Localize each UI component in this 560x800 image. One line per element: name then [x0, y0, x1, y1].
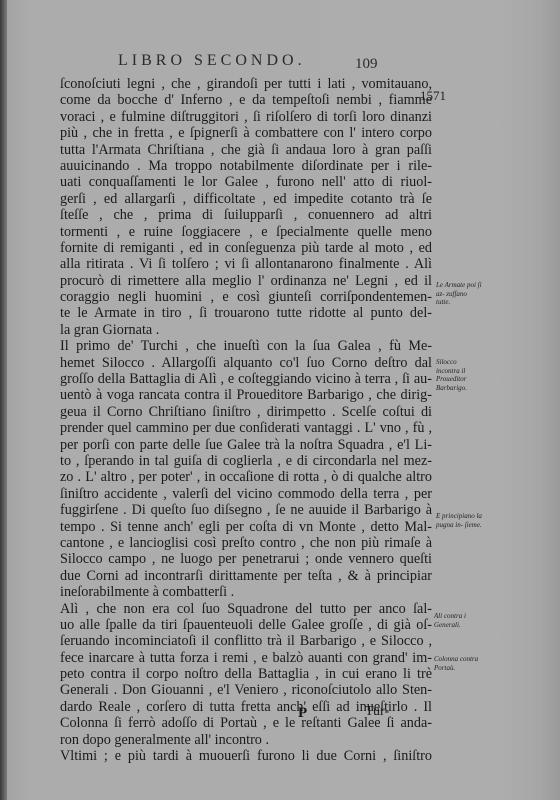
text-line: te le Armate in tiro , ſi trouarono tutt…	[60, 305, 432, 321]
text-line: tormenti , e ruine ſoggiacere , e ſpecia…	[60, 224, 432, 240]
page-number: 109	[355, 56, 378, 73]
text-line: peto contra il corpo noſtro della Battag…	[60, 666, 432, 682]
text-line: tutta l'Armata Chriſtiana , che già ſi a…	[60, 142, 432, 158]
text-line: Vltimi ; e più tardi à muouerſi furono l…	[60, 748, 432, 764]
margin-note: Silocco incontra il Proueditor Barbarigo…	[436, 358, 482, 392]
text-line: tempo . Si tenne anch' egli per coſta di…	[60, 519, 432, 535]
text-line: prender quel cammino per due conſiderati…	[60, 420, 432, 436]
text-line: uentò à voga rancata contra il Prouedito…	[60, 387, 432, 403]
text-line: ron dopo generalmente all' incontro .	[60, 732, 432, 748]
text-line: due Corni ad incontrarſi dirittamente pe…	[60, 568, 432, 584]
text-line: procurò di rimettere alla meglio l' ordi…	[60, 273, 432, 289]
text-line: fornite di remiganti , ed in conſeguenza…	[60, 240, 432, 256]
text-line: hemet Silocco . Allargoſſi alquanto co'l…	[60, 355, 432, 371]
text-line: groſſo della Battaglia di Alì , e coſteg…	[60, 371, 432, 387]
catchword: Tur-	[365, 704, 389, 720]
text-line: to , ſperando in tal guiſa di coglierla …	[60, 453, 432, 469]
margin-note: E principiano la pugna in- ſieme.	[436, 512, 482, 529]
text-line: coraggio negli huomini , e così giunteſi…	[60, 289, 432, 305]
body-text: ſconoſciuti legni , che , girandoſi per …	[60, 76, 432, 764]
signature-mark: P	[298, 705, 307, 722]
text-line: uo alle ſpalle da tiri ſpauenteuoli dell…	[60, 617, 432, 633]
text-line: per porſi con parte delle ſue Galee trà …	[60, 437, 432, 453]
margin-note: Alì contra i Generali.	[434, 612, 480, 629]
text-line: Il primo de' Turchi , che inueſtì con la…	[60, 338, 432, 354]
margin-note: Colonna contra Portaù.	[434, 655, 480, 672]
text-line: zo . L' altro , per poter' , in occaſion…	[60, 469, 432, 485]
text-line: più , che in fretta , e ſpignerſi à comb…	[60, 125, 432, 141]
text-line: Generali . Don Giouanni , e'l Veniero , …	[60, 682, 432, 698]
text-line: la gran Giornata .	[60, 322, 432, 338]
text-line: ſconoſciuti legni , che , girandoſi per …	[60, 76, 432, 92]
text-line: gerſi , ed allargarſi , difficoltate , e…	[60, 191, 432, 207]
running-head: LIBRO SECONDO.	[118, 52, 306, 70]
text-line: uati conquaſſamenti le lor Galee , furon…	[60, 174, 432, 190]
text-line: auuicinando . Ma troppo notabilmente diſ…	[60, 158, 432, 174]
text-line: ſteſſe , che , prima di ſuilupparſi , co…	[60, 207, 432, 223]
text-line: geua il Corno Chriſtiano ſiniſtro , diri…	[60, 404, 432, 420]
spine-shadow	[0, 0, 7, 800]
text-line: ineſorabilmente à combatterſi .	[60, 584, 432, 600]
book-page: LIBRO SECONDO. 109 1571 ſconoſciuti legn…	[0, 0, 560, 800]
text-line: ſeruando incominciatoſi il conflitto trà…	[60, 633, 432, 649]
text-line: fuggirſene . Di queſto ſuo diſsegno , ſe…	[60, 502, 432, 518]
text-line: cantone , e lancioglisi così preſto cont…	[60, 535, 432, 551]
text-line: Silocco campo , ne luogo per penetrarui …	[60, 551, 432, 567]
text-line: alla ritirata . Vi ſi tolſero ; vi ſi al…	[60, 256, 432, 272]
text-line: ſiniſtro accidente , valerſi del vicino …	[60, 486, 432, 502]
text-line: come da bocche d' Inferno , e da tempeſt…	[60, 92, 432, 108]
margin-note: Le Armate poi ſi az- zuffano tutte.	[436, 281, 482, 307]
text-line: fece inarcare à tutta forza i remi , e b…	[60, 650, 432, 666]
text-line: voraci , e fulmine diſtruggitori , ſi ri…	[60, 109, 432, 125]
text-line: Alì , che non era col ſuo Squadrone del …	[60, 601, 432, 617]
